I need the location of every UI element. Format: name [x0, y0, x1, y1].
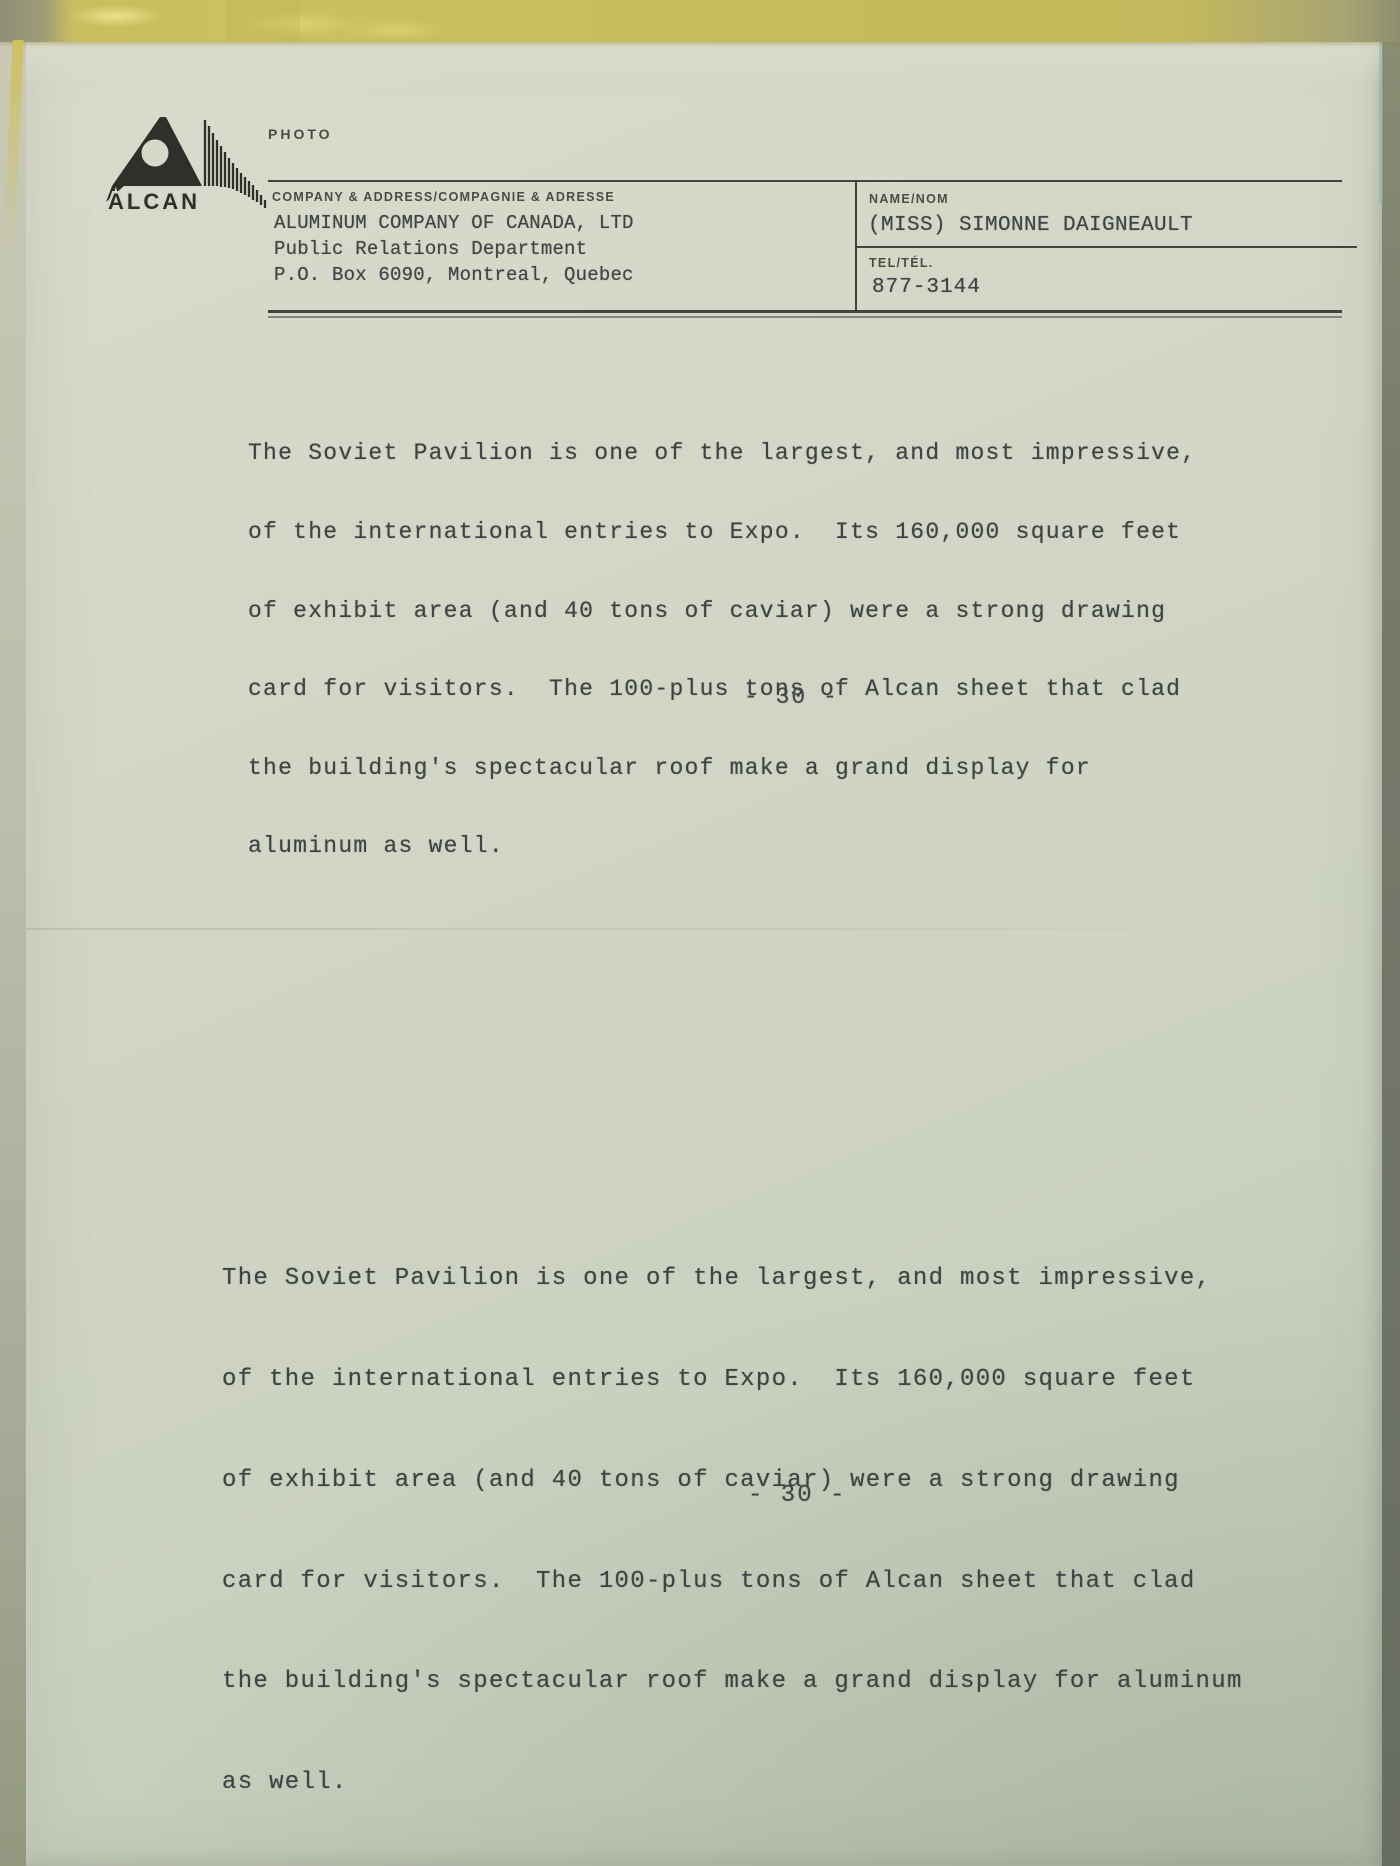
caption-line: of exhibit area (and 40 tons of caviar) …: [248, 598, 1196, 624]
caption-line: of the international entries to Expo. It…: [222, 1363, 1243, 1397]
form-rule-top: [268, 180, 1342, 182]
scan-right-edge: [1382, 0, 1400, 1866]
alcan-logo: ALCAN: [104, 112, 280, 216]
form-rule-bottom: [268, 310, 1342, 313]
name-field-underline: [855, 246, 1357, 248]
sheet-overlap-seam: [26, 928, 1276, 930]
alcan-triangle-icon: ALCAN: [104, 112, 280, 216]
tel-field-label: TEL/TÉL.: [869, 256, 934, 270]
form-rule-bottom-double: [268, 316, 1342, 318]
caption-line: of the international entries to Expo. It…: [248, 519, 1196, 545]
caption-line: The Soviet Pavilion is one of the larges…: [222, 1262, 1243, 1296]
caption-line: card for visitors. The 100-plus tons of …: [222, 1565, 1243, 1599]
telephone-value: 877-3144: [872, 276, 981, 299]
company-address-line: P.O. Box 6090, Montreal, Quebec: [274, 264, 634, 286]
caption-line: the building's spectacular roof make a g…: [248, 755, 1196, 781]
alcan-logo-wordmark: ALCAN: [108, 189, 200, 214]
caption-line: of exhibit area (and 40 tons of caviar) …: [222, 1464, 1243, 1498]
end-mark-bottom: - 30 -: [748, 1482, 846, 1509]
name-field-label: NAME/NOM: [869, 192, 949, 206]
tape-strip: [0, 0, 1400, 42]
scanned-photo-caption-sheet: ALCAN PHOTO COMPANY & ADDRESS/COMPAGNIE …: [0, 0, 1400, 1866]
scan-left-edge: [0, 42, 26, 1866]
company-address-label: COMPANY & ADDRESS/COMPAGNIE & ADRESSE: [272, 190, 615, 204]
photo-label: PHOTO: [268, 126, 333, 142]
end-mark-top: - 30 -: [744, 684, 839, 710]
caption-line: card for visitors. The 100-plus tons of …: [248, 676, 1196, 702]
caption-paragraph-top: The Soviet Pavilion is one of the larges…: [248, 388, 1196, 912]
caption-line: aluminum as well.: [248, 833, 1196, 859]
caption-line: the building's spectacular roof make a g…: [222, 1665, 1243, 1699]
company-department-line: Public Relations Department: [274, 238, 587, 260]
caption-line: The Soviet Pavilion is one of the larges…: [248, 440, 1196, 466]
contact-name-value: (MISS) SIMONNE DAIGNEAULT: [868, 214, 1193, 237]
company-name-line: ALUMINUM COMPANY OF CANADA, LTD: [274, 212, 634, 234]
caption-line: as well.: [222, 1766, 1243, 1800]
tape-overlap-patch: [226, 0, 300, 42]
caption-paragraph-bottom: The Soviet Pavilion is one of the larges…: [222, 1195, 1243, 1866]
